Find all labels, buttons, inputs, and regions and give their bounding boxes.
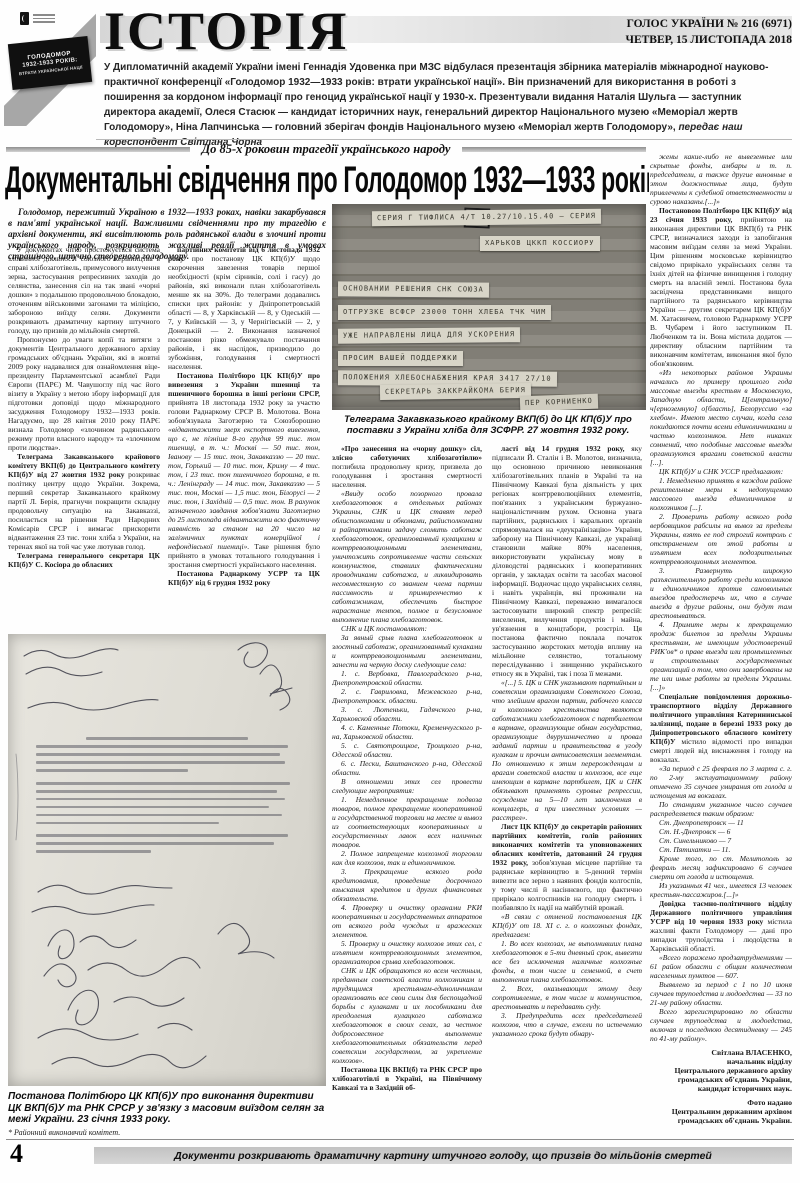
article-paragraph: 3. с. Лютеньки, Гадячского р-на, Харьков… [332,705,482,723]
typed-text-lines [36,732,298,853]
article-paragraph: Центральним державним архівом громадськи… [650,1107,792,1125]
article-paragraph: «Ввиду особо позорного провала хлебозаго… [332,489,482,624]
article-paragraph: Постанова Політбюро ЦК КП(б)У про вивезе… [168,371,320,569]
article-paragraph: начальник відділу [650,1057,792,1066]
article-paragraph: 5. с. Святотроицкое, Троицкого р-на, Оде… [332,741,482,759]
article-paragraph: 4. Проверку и очистку органами РКИ коопе… [332,903,482,939]
article-paragraph: Ст. Синельниково — 7 [650,836,792,845]
article-paragraph: 2. Полное запрещение колхозной торговли … [332,849,482,867]
article-paragraph: 1. Немедленно принять в каждом районе ре… [650,476,792,512]
article-paragraph: «[...] 5. ЦК и СНК указывают партийным и… [492,678,642,822]
issue-number: ГОЛОС УКРАЇНИ № 216 (6971) [626,17,792,33]
article-paragraph: 2. Проверить работу всякого рода вербовщ… [650,512,792,566]
article-paragraph: «Про занесення на «чорну дошку» сіл, злі… [332,444,482,489]
article-paragraph: СНК и ЦК постановляют: [332,624,482,633]
article-paragraph: Всего зарегистрировано по области случае… [650,1007,792,1043]
article-column-4: ласті від 14 грудня 1932 року, яку підпи… [492,444,642,1138]
telegram-tape-text: ПРОСИМ ВАШЕЙ ПОДДЕРЖКИ [338,351,463,366]
article-paragraph: 3. Развернуть широкую разъяснительную ра… [650,566,792,620]
telegram-caption: Телеграма Закавказького крайкому ВКП(б) … [332,414,644,436]
divider [96,139,792,140]
memorial-museum-emblem-icon [20,12,29,25]
article-paragraph: 3. Прекращение всякого рода кредитования… [332,867,482,903]
article-paragraph: Пропонуємо до уваги копії та витяги з до… [8,335,160,452]
document-footnote: * Районний виконавчий комітет. [8,1128,328,1137]
article-column-3: «Про занесення на «чорну дошку» сіл, злі… [332,444,482,1138]
article-paragraph: Телеграма Закавказького крайового коміте… [8,452,160,551]
telegram-tape-text: УЖЕ НАПРАВЛЕНЫ ЛИЦА ДЛЯ УСКОРЕНИЯ [338,327,520,343]
holodomor-memorial-logo: ГОЛОДОМОР 1932-1933 РОКІВ: ВТРАТИ УКРАЇН… [4,4,96,126]
article-paragraph: кандидат історичних наук. [650,1084,792,1093]
article-paragraph: 6. с. Пески, Баштанского р-на, Одесской … [332,759,482,777]
article-paragraph: Ст. Пятихатки — 11. [650,845,792,854]
article-paragraph: Выявлено за период с 1 по 10 июня случае… [650,980,792,1007]
article-paragraph: 2. Всех, оказывающих этому делу сопротив… [492,984,642,1011]
article-paragraph: 1. с. Вербовка, Павлоградского р-на, Дне… [332,669,482,687]
article-paragraph: «Из некоторых районов Украины начались п… [650,368,792,467]
article-paragraph: Ст. Днепропетровск — 11 [650,818,792,827]
article-paragraph: «За период с 25 февраля по 3 марта с. г.… [650,764,792,800]
article-paragraph: 5. Проверку и очистку колхозов этих сел,… [332,939,482,966]
section-title: ІСТОРІЯ [104,0,348,62]
article-paragraph: Спеціальне повідомлення дорожньо-транспо… [650,692,792,764]
document-photo [8,634,326,1086]
document-caption: Постанова Політбюро ЦК КП(б)У про викона… [8,1091,328,1126]
article-paragraph: Постановою Політбюро ЦК КП(б)У від 23 сі… [650,206,792,368]
article-paragraph: За явный срыв плана хлебозаготовок и зло… [332,633,482,669]
kicker-rule-left [6,147,190,152]
article-paragraph: СНК и ЦК обращаются ко всем честным, пре… [332,966,482,1065]
intro-paragraph: У Дипломатичній академії України імені Г… [104,60,792,150]
article-paragraph: 2. с. Гавриловка, Межевского р-на, Днепр… [332,687,482,705]
article-paragraph: 4. Примите меры к прекращению продаж бил… [650,620,792,692]
logo-plate: ГОЛОДОМОР 1932-1933 РОКІВ: ВТРАТИ УКРАЇН… [8,36,92,90]
article-paragraph: Постанова Раднаркому УСРР та ЦК КП(б)У в… [168,569,320,587]
article-paragraph: «Всего поражено продзатруднениями — 61 р… [650,953,792,980]
article-paragraph: Центрального державного архіву громадськ… [650,1066,792,1084]
footer-rule [6,1139,794,1140]
article-paragraph: Из указанных 41 чел., имеется 13 человек… [650,881,792,899]
article-column-1: У документах чітко простежується система… [8,245,160,633]
article-paragraph: Ст. Н.-Днепровск — 6 [650,827,792,836]
telegram-tape-text: ОСНОВАНИИ РЕШЕНИЯ СНК СОЮЗА [338,281,489,297]
handwriting-artwork [8,634,326,1086]
article-column-5: жены какие-либо не вывезенные или скрыты… [650,152,792,1138]
article-paragraph: Постанова ЦК ВКП(б) та РНК СРСР про хліб… [332,1065,482,1092]
article-paragraph: 1. Во всех колхозах, не выполнивших план… [492,939,642,984]
issue-info: ГОЛОС УКРАЇНИ № 216 (6971) ЧЕТВЕР, 15 ЛИ… [626,17,792,48]
article-paragraph: Довідка таємно-політичного відділу Держа… [650,899,792,953]
article-paragraph: 3. Предупредить всех председателей колхо… [492,1011,642,1038]
article-column-2: партійних комітетів від 6 листопада 1932… [168,245,320,633]
article-paragraph: В отношении этих сел провести следующие … [332,777,482,795]
telegram-tape-text: ПЕР КОРНИЕНКО [520,394,598,410]
article-paragraph: Світлана ВЛАСЕНКО, [650,1048,792,1057]
article-paragraph: У документах чітко простежується система… [8,245,160,335]
article-headline: Документальні свідчення про Голодомор 19… [5,155,649,207]
footer-strap: Документи розкривають драматичну картину… [94,1147,792,1164]
telegram-tape-text: СЕРИЯ Г ТИФЛИСА 4/Т 10.27/10.15.40 — СЕР… [372,209,601,226]
article-paragraph: 4. с. Каменные Потоки, Кременчугского р-… [332,723,482,741]
page-number: 4 [10,1141,23,1167]
issue-date: ЧЕТВЕР, 15 ЛИСТОПАДА 2018 [626,33,792,49]
article-paragraph: партійних комітетів від 6 листопада 1932… [168,245,320,371]
article-paragraph: жены какие-либо не вывезенные или скрыты… [650,152,792,206]
telegram-tape-text: ХАРЬКОВ ЦККП КОССИОРУ [480,236,600,251]
article-paragraph: Телеграма генерального секретаря ЦК КП(б… [8,551,160,569]
article-paragraph: ЦК КП(б)У и СНК УССР предлагают: [650,467,792,476]
kicker-rule-right [462,147,646,152]
article-paragraph: 1. Немедленное прекращение подвоза товар… [332,795,482,849]
telegram-tape-text: СЕКРЕТАРЬ ЗАККРАЙКОМА БЕРИЯ [380,383,531,400]
telegram-photo: 15/ СЕРИЯ Г ТИФЛИСА 4/Т 10.27/10.15.40 —… [332,204,646,410]
emblem-caption-lines [33,14,55,25]
article-paragraph: «В связи с отменой постановления ЦК КП(б… [492,912,642,939]
article-paragraph: Лист ЦК КП(б)У до секретарів районних па… [492,822,642,912]
article-paragraph: По станциям указанное число случаев расп… [650,800,792,818]
telegram-tape-text: ОТГРУЗКЕ ВСФСР 23000 ТОНН ХЛЕБА ТЧК ЧИМ [338,305,551,320]
article-paragraph: Фото надано [650,1098,792,1107]
article-paragraph: ласті від 14 грудня 1932 року, яку підпи… [492,444,642,678]
article-paragraph: Кроме того, по ст. Мелитополь за февраль… [650,854,792,881]
newspaper-page: ГОЛОДОМОР 1932-1933 РОКІВ: ВТРАТИ УКРАЇН… [0,0,800,1183]
